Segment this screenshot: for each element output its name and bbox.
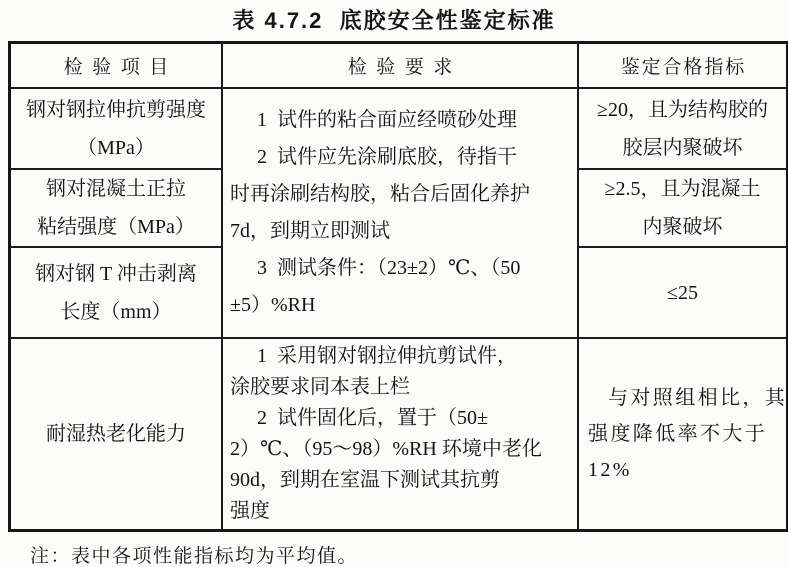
text-line: 1 采用钢对钢拉伸抗剪试件， bbox=[230, 341, 569, 372]
text-line: 7d，到期立即测试 bbox=[230, 213, 569, 250]
cell-criterion-steel-shear: ≥20，且为结构胶的 胶层内聚破坏 bbox=[578, 88, 788, 169]
text-line: ±5）%RH bbox=[230, 287, 569, 324]
text-line: ≥2.5，且为混凝土 bbox=[579, 170, 786, 208]
cell-item-impact-peel-length: 钢对钢 T 冲击剥离 长度（mm） bbox=[10, 247, 223, 338]
text-line: ≤25 bbox=[579, 274, 786, 312]
cell-criterion-impact-peel: ≤25 bbox=[578, 247, 788, 338]
text-line: 内聚破坏 bbox=[579, 208, 786, 246]
header-cell-pass-criterion: 鉴定合格指标 bbox=[578, 43, 788, 89]
cell-item-steel-shear-strength: 钢对钢拉伸抗剪强度 （MPa） bbox=[10, 88, 223, 169]
text-line: 2 试件应先涂刷底胶，待指干 bbox=[230, 139, 569, 176]
table-caption: 表 4.7.2 底胶安全性鉴定标准 bbox=[0, 0, 788, 34]
cell-requirement-rows1to3: 1 试件的粘合面应经喷砂处理 2 试件应先涂刷底胶，待指干 时再涂刷结构胶，粘合… bbox=[222, 88, 578, 338]
cell-criterion-humid-heat-aging: 与对照组相比，其 强度降低率不大于 12% bbox=[578, 338, 788, 530]
document-page: 表 4.7.2 底胶安全性鉴定标准 检验项目 检验要求 鉴定合格指标 钢对钢拉伸… bbox=[0, 0, 788, 567]
spec-table: 检验项目 检验要求 鉴定合格指标 钢对钢拉伸抗剪强度 （MPa） 1 试件的粘合… bbox=[8, 41, 788, 532]
text-line: 3 测试条件：（23±2）℃、（50 bbox=[230, 250, 569, 287]
text-line: 钢对混凝土正拉 bbox=[11, 170, 221, 208]
cell-requirement-row4: 1 采用钢对钢拉伸抗剪试件， 涂胶要求同本表上栏 2 试件固化后，置于（50± … bbox=[222, 338, 578, 530]
cell-item-humid-heat-aging: 耐湿热老化能力 bbox=[10, 338, 223, 530]
text-line: 1 试件的粘合面应经喷砂处理 bbox=[230, 102, 569, 139]
header-cell-inspection-item: 检验项目 bbox=[10, 43, 223, 89]
text-line: 涂胶要求同本表上栏 bbox=[230, 372, 569, 403]
table-row-steel-shear-strength: 钢对钢拉伸抗剪强度 （MPa） 1 试件的粘合面应经喷砂处理 2 试件应先涂刷底… bbox=[10, 88, 788, 169]
text-line: （MPa） bbox=[11, 129, 221, 167]
cell-item-concrete-bond-strength: 钢对混凝土正拉 粘结强度（MPa） bbox=[10, 169, 223, 247]
text-line: 时再涂刷结构胶，粘合后固化养护 bbox=[230, 176, 569, 213]
header-cell-inspection-requirement: 检验要求 bbox=[222, 43, 578, 89]
text-line: 与对照组相比，其 bbox=[588, 380, 782, 416]
text-line: 胶层内聚破坏 bbox=[579, 129, 786, 167]
text-line: 90d，到期在室温下测试其抗剪 bbox=[230, 465, 569, 496]
text-line: 耐湿热老化能力 bbox=[11, 415, 221, 453]
text-line: 12% bbox=[588, 452, 782, 488]
text-line: ≥20，且为结构胶的 bbox=[579, 91, 786, 129]
text-line: 钢对钢 T 冲击剥离 bbox=[11, 255, 221, 293]
text-line: 2）℃、（95～98）%RH 环境中老化 bbox=[230, 434, 569, 465]
text-line: 钢对钢拉伸抗剪强度 bbox=[11, 91, 221, 129]
text-line: 长度（mm） bbox=[11, 293, 221, 331]
text-line: 粘结强度（MPa） bbox=[11, 208, 221, 246]
text-line: 强度 bbox=[230, 496, 569, 527]
table-note: 注：表中各项性能指标均为平均值。 bbox=[30, 545, 788, 567]
text-line: 强度降低率不大于 bbox=[588, 416, 782, 452]
table-header-row: 检验项目 检验要求 鉴定合格指标 bbox=[10, 43, 788, 89]
cell-criterion-concrete-bond: ≥2.5，且为混凝土 内聚破坏 bbox=[578, 169, 788, 247]
text-line: 2 试件固化后，置于（50± bbox=[230, 403, 569, 434]
table-row-humid-heat-aging: 耐湿热老化能力 1 采用钢对钢拉伸抗剪试件， 涂胶要求同本表上栏 2 试件固化后… bbox=[10, 338, 788, 530]
